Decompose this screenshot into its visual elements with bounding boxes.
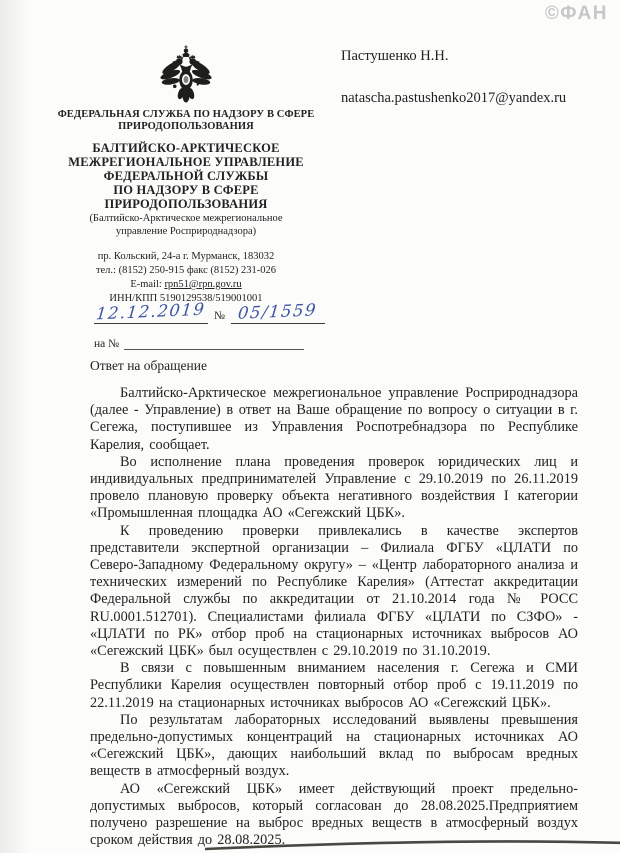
reference-row: 12.12.2019 № 05/1559	[94, 302, 325, 324]
department-name-line: ФЕДЕРАЛЬНОЙ СЛУЖБЫ	[44, 169, 328, 183]
document-page: ©ФАН Пастушенко Н.Н. natascha.pastushenk…	[0, 0, 620, 853]
body-paragraph: По результатам лабораторных исследований…	[90, 712, 578, 781]
document-number-handwritten: 05/1559	[238, 300, 319, 323]
addressee-block: Пастушенко Н.Н. natascha.pastushenko2017…	[341, 48, 566, 107]
department-name: БАЛТИЙСКО-АРКТИЧЕСКОЕ МЕЖРЕГИОНАЛЬНОЕ УП…	[44, 141, 328, 211]
org-contact-block: пр. Кольский, 24-а г. Мурманск, 183032 т…	[44, 250, 328, 306]
department-name-line: ПО НАДЗОРУ В СФЕРЕ	[44, 183, 328, 197]
reply-to-row: на №	[94, 336, 304, 350]
department-name-line: МЕЖРЕГИОНАЛЬНОЕ УПРАВЛЕНИЕ	[44, 155, 328, 169]
addressee-name: Пастушенко Н.Н.	[341, 48, 566, 65]
org-address: пр. Кольский, 24-а г. Мурманск, 183032	[44, 250, 328, 264]
org-short-name-line: управление Росприроднадзора)	[44, 226, 328, 239]
letterhead: ФЕДЕРАЛЬНАЯ СЛУЖБА ПО НАДЗОРУ В СФЕРЕ ПР…	[44, 44, 328, 306]
letter-body: Балтийско-Арктическое межрегиональное уп…	[90, 385, 578, 849]
agency-name: ФЕДЕРАЛЬНАЯ СЛУЖБА ПО НАДЗОРУ В СФЕРЕ ПР…	[44, 109, 328, 132]
body-paragraph: Балтийско-Арктическое межрегиональное уп…	[90, 385, 578, 454]
fan-watermark: ©ФАН	[545, 3, 608, 25]
department-name-line: БАЛТИЙСКО-АРКТИЧЕСКОЕ	[44, 141, 328, 155]
reply-to-blank-line	[124, 336, 304, 350]
subject-line: Ответ на обращение	[90, 358, 207, 374]
reply-to-label: на №	[94, 338, 119, 350]
document-number-field: 05/1559	[231, 302, 325, 324]
body-paragraph: К проведению проверки привлекались в кач…	[90, 523, 578, 661]
coat-of-arms-icon	[159, 44, 213, 107]
org-short-name-line: (Балтийско-Арктическое межрегиональное	[44, 213, 328, 226]
department-name-line: ПРИРОДОПОЛЬЗОВАНИЯ	[44, 197, 328, 211]
number-sign: №	[208, 310, 231, 324]
org-short-name: (Балтийско-Арктическое межрегиональное у…	[44, 213, 328, 238]
document-date-field: 12.12.2019	[94, 302, 208, 324]
org-email: rpn51@rpn.gov.ru	[164, 279, 241, 290]
org-email-label: E-mail:	[130, 279, 162, 290]
org-phone: тел.: (8152) 250-915 факс (8152) 231-026	[44, 264, 328, 278]
org-email-line: E-mail: rpn51@rpn.gov.ru	[44, 278, 328, 292]
body-paragraph: Во исполнение плана проведения проверок …	[90, 454, 578, 523]
addressee-email: natascha.pastushenko2017@yandex.ru	[341, 90, 566, 107]
document-date-handwritten: 12.12.2019	[95, 300, 206, 324]
scan-shadow-line	[0, 836, 620, 853]
body-paragraph: В связи с повышенным вниманием населения…	[90, 660, 578, 712]
agency-name-line: ПРИРОДОПОЛЬЗОВАНИЯ	[44, 121, 328, 133]
agency-name-line: ФЕДЕРАЛЬНАЯ СЛУЖБА ПО НАДЗОРУ В СФЕРЕ	[44, 109, 328, 121]
